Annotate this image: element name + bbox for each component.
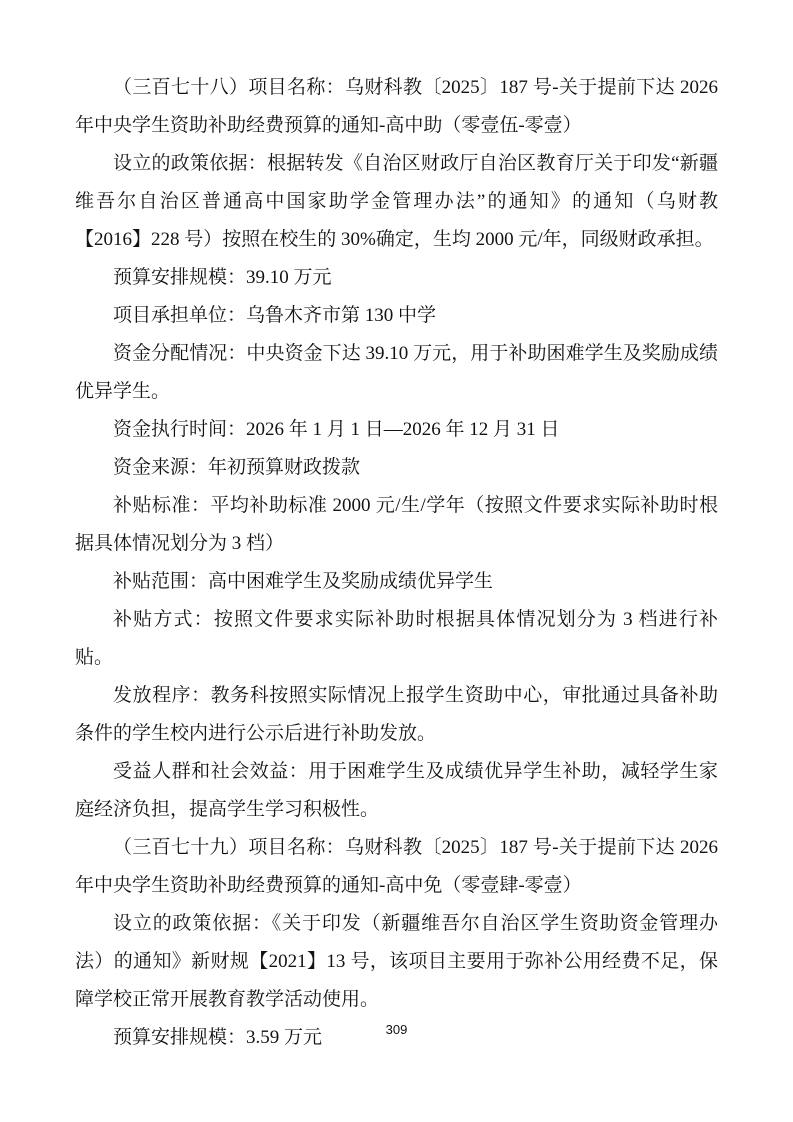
para-378-fund-allocation: 资金分配情况：中央资金下达 39.10 万元，用于补助困难学生及奖励成绩优异学生… xyxy=(75,335,718,411)
para-378-subsidy-standard: 补贴标准：平均补助标准 2000 元/生/学年（按照文件要求实际补助时根据具体情… xyxy=(75,487,718,563)
para-378-subsidy-scope: 补贴范围：高中困难学生及奖励成绩优异学生 xyxy=(75,563,718,601)
page-number: 309 xyxy=(0,1021,793,1039)
para-378-policy-basis: 设立的政策依据：根据转发《自治区财政厅自治区教育厅关于印发“新疆维吾尔自治区普通… xyxy=(75,145,718,259)
para-378-distribution-procedure: 发放程序：教务科按照实际情况上报学生资助中心，审批通过具备补助条件的学生校内进行… xyxy=(75,677,718,753)
para-379-policy-basis: 设立的政策依据：《关于印发（新疆维吾尔自治区学生资助资金管理办法）的通知》新财规… xyxy=(75,905,718,1019)
para-378-undertaking-unit: 项目承担单位：乌鲁木齐市第 130 中学 xyxy=(75,297,718,335)
document-body: （三百七十八）项目名称：乌财科教〔2025〕187 号-关于提前下达 2026 … xyxy=(75,69,718,1057)
para-378-budget-scale: 预算安排规模：39.10 万元 xyxy=(75,259,718,297)
document-page: （三百七十八）项目名称：乌财科教〔2025〕187 号-关于提前下达 2026 … xyxy=(0,0,793,1122)
para-379-project-name: （三百七十九）项目名称：乌财科教〔2025〕187 号-关于提前下达 2026 … xyxy=(75,829,718,905)
para-378-subsidy-method: 补贴方式：按照文件要求实际补助时根据具体情况划分为 3 档进行补贴。 xyxy=(75,601,718,677)
para-378-project-name: （三百七十八）项目名称：乌财科教〔2025〕187 号-关于提前下达 2026 … xyxy=(75,69,718,145)
para-378-beneficiaries: 受益人群和社会效益：用于困难学生及成绩优异学生补助，减轻学生家庭经济负担，提高学… xyxy=(75,753,718,829)
para-378-fund-source: 资金来源：年初预算财政拨款 xyxy=(75,449,718,487)
para-378-execution-time: 资金执行时间：2026 年 1 月 1 日—2026 年 12 月 31 日 xyxy=(75,411,718,449)
